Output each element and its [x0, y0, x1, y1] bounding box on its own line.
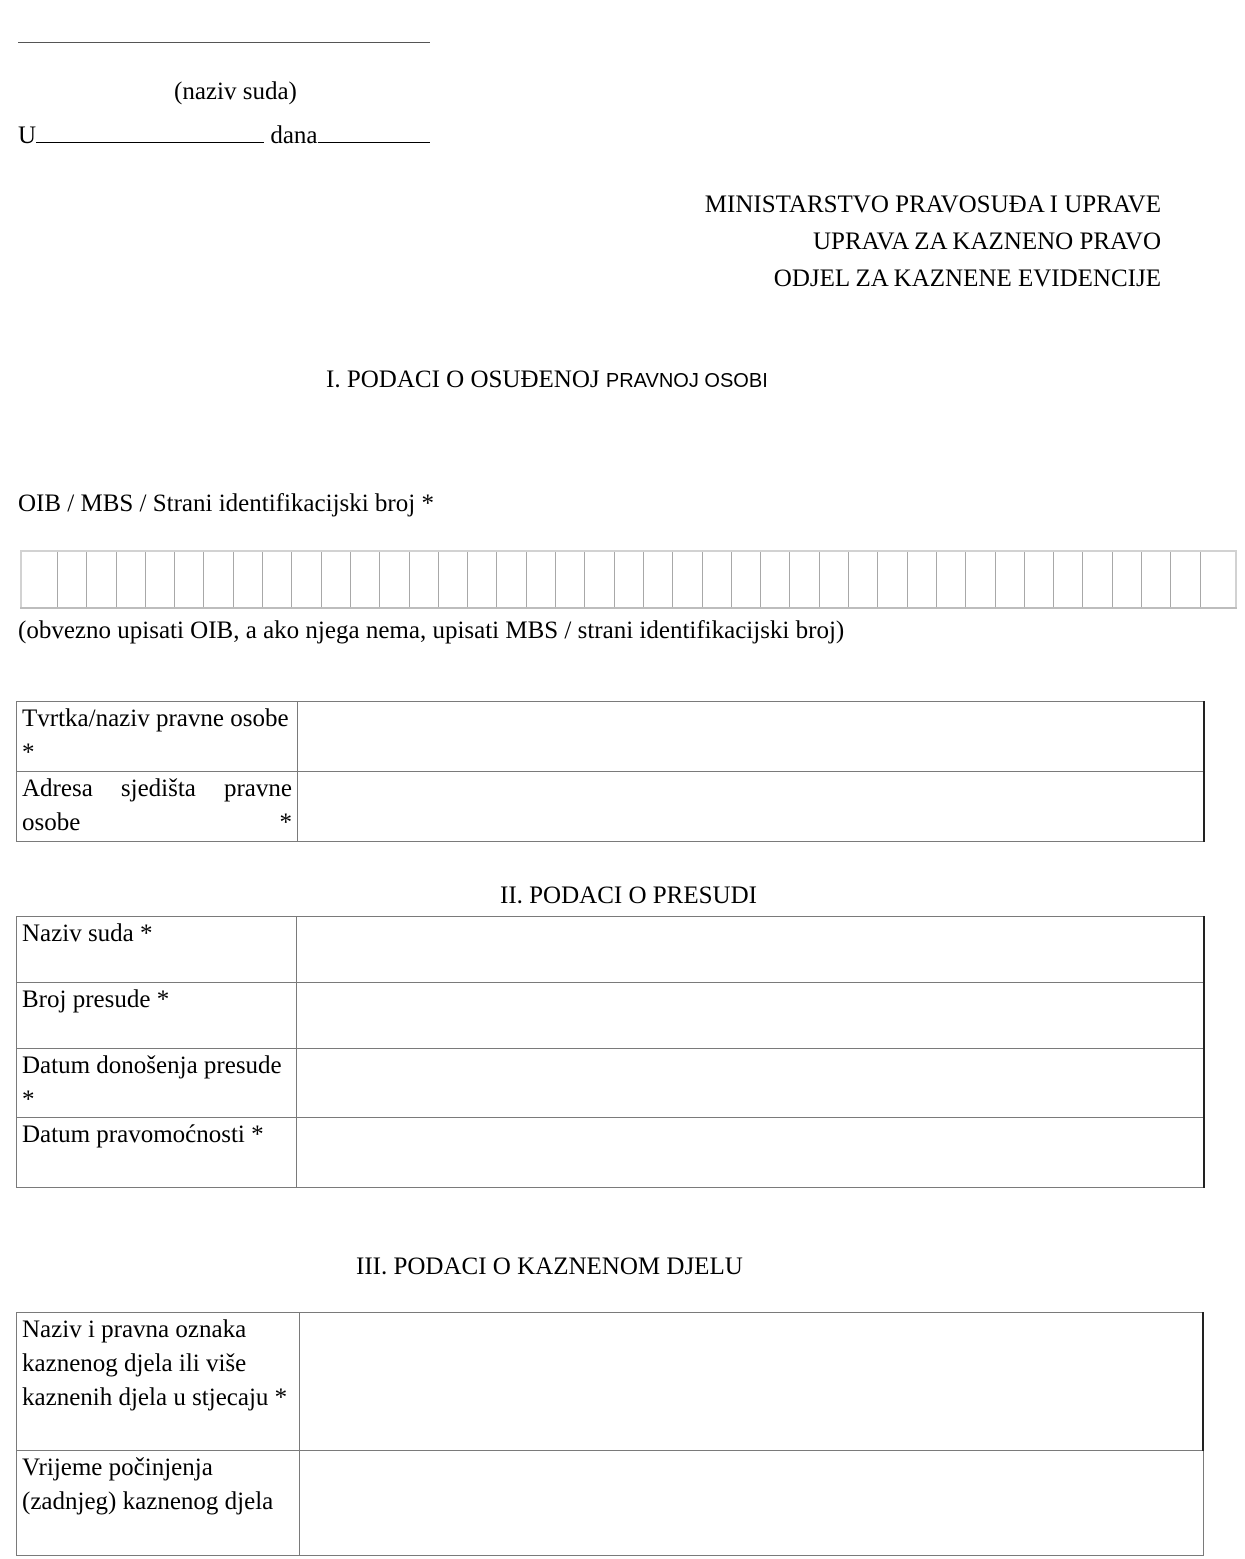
- section-1-title: I. PODACI O OSUĐENOJ PRAVNOJ OSOBI: [326, 364, 768, 397]
- id-digit-cell[interactable]: [819, 552, 848, 607]
- id-digit-cell[interactable]: [321, 552, 350, 607]
- place-date-line: U dana: [18, 120, 430, 152]
- offence-time-field[interactable]: [300, 1451, 1204, 1556]
- id-digit-cell[interactable]: [936, 552, 965, 607]
- section-3-title: III. PODACI O KAZNENOM DJELU: [356, 1251, 743, 1283]
- id-digit-cell[interactable]: [233, 552, 262, 607]
- table-row: Broj presude *: [17, 983, 1205, 1049]
- addressee-line-ministry: MINISTARSTVO PRAVOSUĐA I UPRAVE: [705, 186, 1161, 223]
- id-digit-cell[interactable]: [1053, 552, 1082, 607]
- id-digit-cell[interactable]: [86, 552, 115, 607]
- id-digit-cell[interactable]: [379, 552, 408, 607]
- registered-address-label: Adresa sjedišta pravne osobe *: [17, 772, 298, 842]
- table-row: Tvrtka/naziv pravne osobe *: [17, 702, 1205, 772]
- judgment-table: Naziv suda * Broj presude * Datum donoše…: [16, 916, 1205, 1188]
- id-digit-cell[interactable]: [848, 552, 877, 607]
- table-row: Vrijeme počinjenja (zadnjeg) kaznenog dj…: [17, 1451, 1204, 1556]
- date-field[interactable]: [318, 120, 430, 143]
- section-1-title-main: I. PODACI O OSUĐENOJ: [326, 366, 600, 393]
- court-name-field[interactable]: [297, 917, 1205, 983]
- table-row: Datum donošenja presude *: [17, 1049, 1205, 1118]
- offence-table: Naziv i pravna oznaka kaznenog djela ili…: [16, 1312, 1204, 1556]
- addressee-line-department: ODJEL ZA KAZNENE EVIDENCIJE: [705, 260, 1161, 297]
- id-digit-cell[interactable]: [1200, 552, 1237, 607]
- table-row: Naziv i pravna oznaka kaznenog djela ili…: [17, 1313, 1204, 1451]
- id-digit-cell[interactable]: [584, 552, 613, 607]
- date-prefix: dana: [270, 122, 317, 149]
- id-digit-cell[interactable]: [116, 552, 145, 607]
- offence-name-label: Naziv i pravna oznaka kaznenog djela ili…: [17, 1313, 300, 1451]
- id-digit-cell[interactable]: [203, 552, 232, 607]
- table-row: Adresa sjedišta pravne osobe *: [17, 772, 1205, 842]
- id-digit-cell[interactable]: [409, 552, 438, 607]
- offence-time-label: Vrijeme počinjenja (zadnjeg) kaznenog dj…: [17, 1451, 300, 1556]
- id-digit-cell[interactable]: [467, 552, 496, 607]
- id-digit-cell[interactable]: [496, 552, 525, 607]
- id-digit-cell[interactable]: [20, 552, 57, 607]
- id-digit-cell[interactable]: [877, 552, 906, 607]
- id-digit-cell[interactable]: [350, 552, 379, 607]
- id-digit-cell[interactable]: [760, 552, 789, 607]
- court-name-blank-line[interactable]: [18, 42, 430, 43]
- registered-address-field[interactable]: [298, 772, 1205, 842]
- section-2-title: II. PODACI O PRESUDI: [500, 880, 757, 912]
- id-digit-cell[interactable]: [438, 552, 467, 607]
- id-digit-cell[interactable]: [262, 552, 291, 607]
- id-digit-cell[interactable]: [526, 552, 555, 607]
- id-digit-cell[interactable]: [174, 552, 203, 607]
- addressee-line-directorate: UPRAVA ZA KAZNENO PRAVO: [705, 223, 1161, 260]
- id-digit-cell[interactable]: [1024, 552, 1053, 607]
- judgment-date-field[interactable]: [297, 1049, 1205, 1118]
- id-digit-cell[interactable]: [995, 552, 1024, 607]
- id-digit-cell[interactable]: [789, 552, 818, 607]
- legal-entity-table: Tvrtka/naziv pravne osobe * Adresa sjedi…: [16, 701, 1205, 842]
- id-digit-cell[interactable]: [145, 552, 174, 607]
- id-digit-cell[interactable]: [643, 552, 672, 607]
- company-name-label: Tvrtka/naziv pravne osobe *: [17, 702, 298, 772]
- table-row: Datum pravomoćnosti *: [17, 1118, 1205, 1188]
- table-row: Naziv suda *: [17, 917, 1205, 983]
- id-digit-cell[interactable]: [731, 552, 760, 607]
- place-prefix: U: [18, 122, 36, 149]
- id-digit-cell[interactable]: [672, 552, 701, 607]
- addressee-block: MINISTARSTVO PRAVOSUĐA I UPRAVE UPRAVA Z…: [705, 186, 1161, 297]
- company-name-field[interactable]: [298, 702, 1205, 772]
- id-number-grid[interactable]: [20, 550, 1237, 609]
- section-1-title-suffix: PRAVNOJ OSOBI: [606, 370, 768, 392]
- id-digit-cell[interactable]: [1082, 552, 1111, 607]
- id-digit-cell[interactable]: [965, 552, 994, 607]
- id-digit-cell[interactable]: [291, 552, 320, 607]
- id-digit-cell[interactable]: [1141, 552, 1170, 607]
- id-number-note: (obvezno upisati OIB, a ako njega nema, …: [18, 615, 844, 647]
- id-digit-cell[interactable]: [614, 552, 643, 607]
- id-digit-cell[interactable]: [555, 552, 584, 607]
- court-name-caption: (naziv suda): [174, 76, 297, 108]
- place-field[interactable]: [36, 120, 264, 143]
- judgment-number-label: Broj presude *: [17, 983, 297, 1049]
- judgment-date-label: Datum donošenja presude *: [17, 1049, 297, 1118]
- judgment-number-field[interactable]: [297, 983, 1205, 1049]
- id-number-label: OIB / MBS / Strani identifikacijski broj…: [18, 488, 434, 520]
- id-digit-cell[interactable]: [57, 552, 86, 607]
- offence-name-field[interactable]: [300, 1313, 1204, 1451]
- finality-date-field[interactable]: [297, 1118, 1205, 1188]
- id-digit-cell[interactable]: [1170, 552, 1199, 607]
- id-digit-cell[interactable]: [907, 552, 936, 607]
- id-digit-cell[interactable]: [1112, 552, 1141, 607]
- court-name-label: Naziv suda *: [17, 917, 297, 983]
- id-digit-cell[interactable]: [702, 552, 731, 607]
- finality-date-label: Datum pravomoćnosti *: [17, 1118, 297, 1188]
